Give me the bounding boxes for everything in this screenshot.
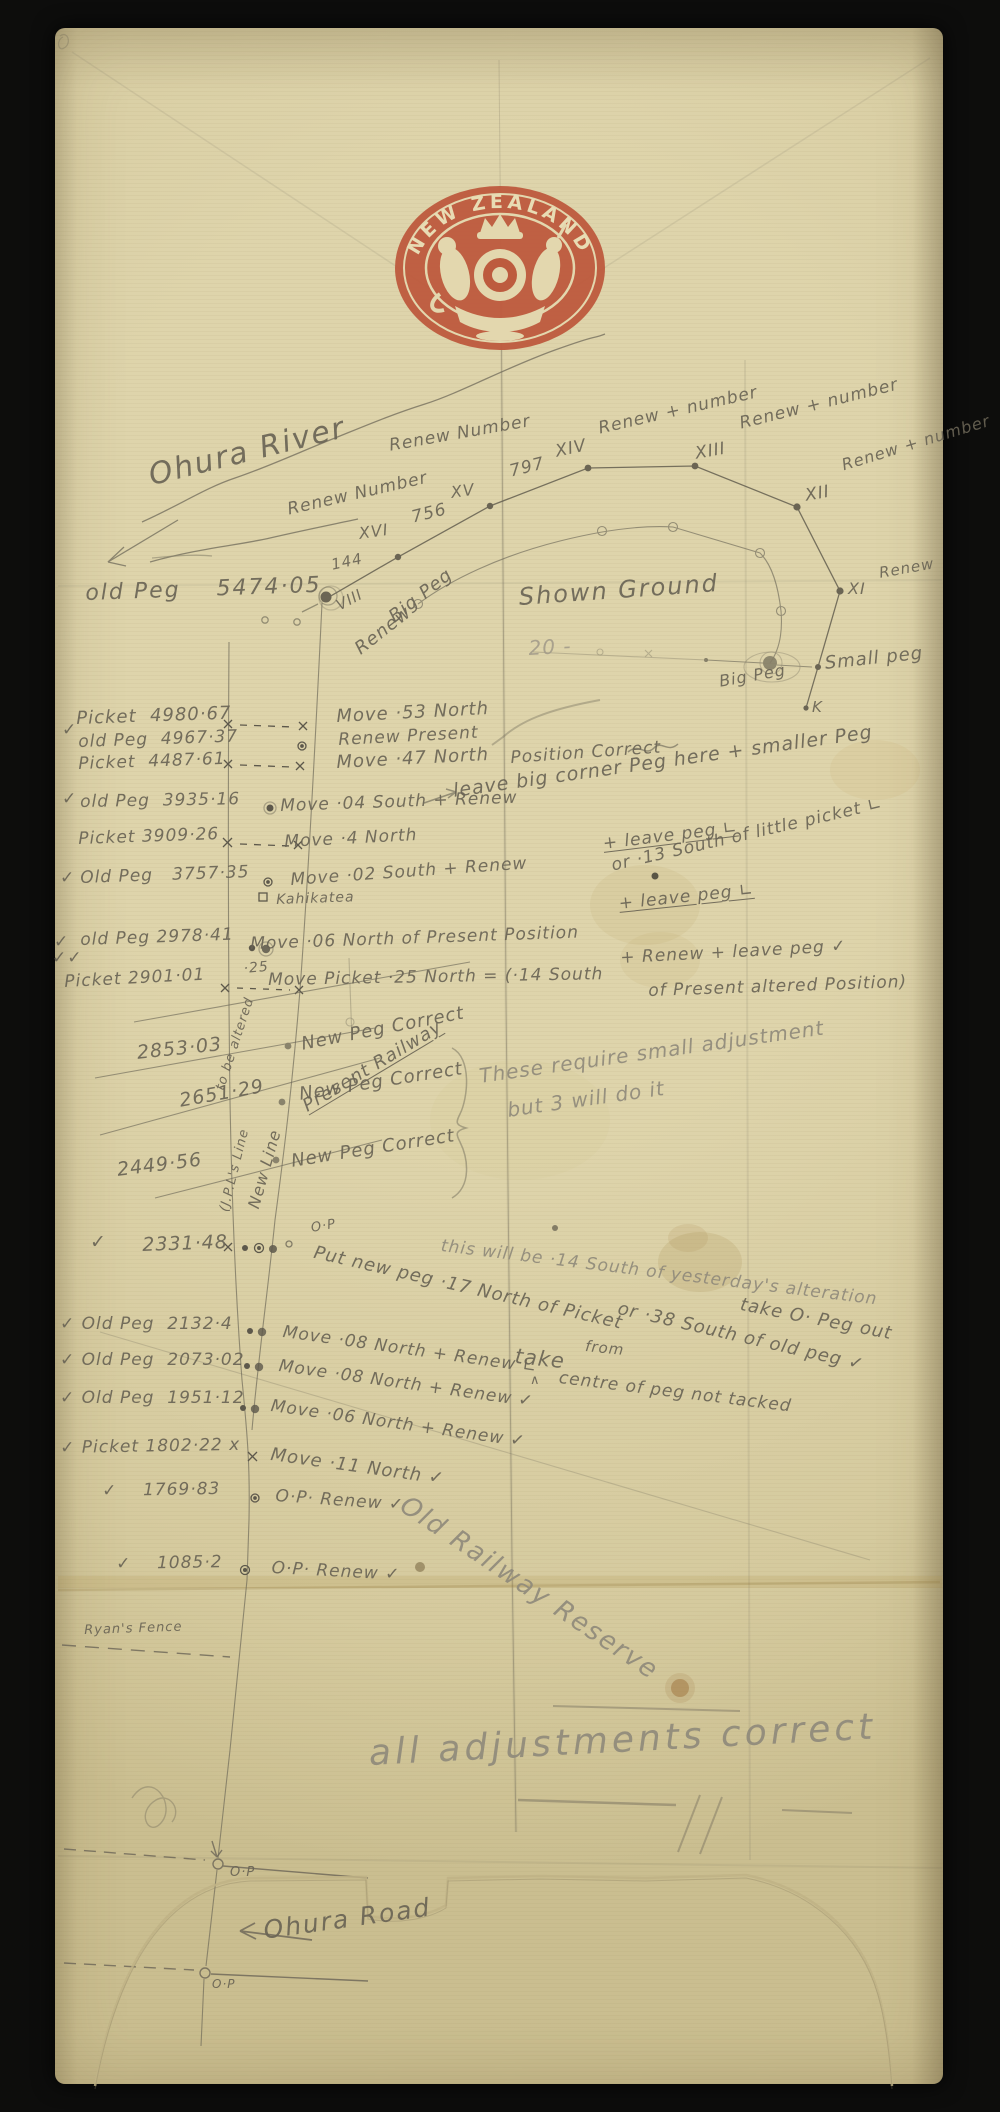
label-roman-xvi: XVI [358,522,390,542]
label-move-picket-25: Move Picket ·25 North = (·14 South [268,966,603,989]
label-oldpeg-2132: ✓ Old Peg 2132·4 [60,1316,233,1333]
label-take-caret: ∧ [530,1374,541,1387]
label-take-c: centre of peg not tacked [558,1370,792,1415]
label-move-02: Move ·02 South + Renew [290,855,528,889]
label-renew-num-xiv: Renew + number [597,384,759,437]
label-ohura-road: Ohura Road [262,1895,433,1943]
label-check-2: ✓ [62,791,77,808]
label-check-3: ✓ [60,870,75,887]
label-renew-rot: Renew [352,603,415,658]
label-shown-ground: Shown Ground [518,571,720,609]
label-num-1085: ✓ 1085·2 [116,1554,223,1573]
label-kahikatea: Kahikatea [276,890,355,907]
label-check-1: ✓ [62,722,77,739]
scanned-survey-document: NEW ZEALAND [0,0,1000,2112]
label-oldpeg-2978: old Peg 2978·41 [80,927,234,949]
label-ohura-river: Ohura River [146,413,349,491]
label-picket-4487: Picket 4487·61 [78,751,226,773]
handwritten-annotations: Ohura RiverRenew NumberRenew Number75614… [0,0,1000,2112]
label-renew-num-xiii: Renew + number [738,377,900,433]
label-num-20: 20 - [528,636,572,658]
label-check-6: ✓ [90,1233,107,1252]
label-renew-number-a: Renew Number [286,470,429,519]
label-move-04: Move ·04 South + Renew [280,790,518,815]
label-move-47: Move ·47 North [336,746,489,772]
label-k-mark: K [812,700,823,715]
label-move-53: Move ·53 North [336,700,489,726]
label-oldpeg-3757: Old Peg 3757·35 [80,864,250,887]
label-move-1951: Move ·06 North + Renew ✓ [270,1398,527,1451]
label-op-small: O·P [310,1218,337,1235]
label-these-require: These require small adjustment [478,1018,825,1086]
label-old-peg-5474: old Peg 5474·05 [85,575,322,605]
label-num-797: 797 [508,455,547,480]
label-but-3: but 3 will do it [506,1078,666,1120]
label-op-2: O·P [212,1978,236,1990]
label-roman-viii: VIII [334,587,365,613]
label-num-2449: 2449·56 [116,1151,203,1180]
label-picket-3909: Picket 3909·26 [78,826,220,848]
label-take-a: take [514,1346,566,1372]
label-roman-xiii: XIII [694,441,727,463]
label-roman-xii: XII [804,484,831,505]
label-num-2331: 2331·48 [142,1233,228,1255]
label-take-b: from [584,1339,625,1358]
label-roman-xv: XV [450,482,476,501]
label-oldpeg-4967: old Peg 4967·37 [78,728,238,751]
label-new-peg-3: New Peg Correct [290,1127,456,1171]
label-renew-number-b: Renew Number [388,413,532,455]
label-op-1: O·P [230,1866,255,1879]
label-check-5: ✓✓ [52,950,83,967]
label-renew-num-xii: Renew + number [840,413,992,473]
label-leave-peg-2: + leave peg ∟ [618,882,755,913]
label-oldpeg-2073: ✓ Old Peg 2073·02 [60,1352,245,1369]
label-op-renew-2: O·P· Renew ✓ [271,1560,401,1584]
label-roman-xi: XI [848,581,866,597]
label-move-06: Move ·06 North of Present Position [250,925,579,953]
label-num-756: 756 [410,501,449,526]
label-op-renew-1: O·P· Renew ✓ [275,1488,405,1514]
label-old-railway: Old Railway Reserve [395,1492,663,1684]
label-picket-4980: Picket 4980·67 [76,705,232,728]
label-new-line: New Line [246,1128,284,1211]
label-oldpeg-3935: old Peg 3935·16 [80,791,240,811]
label-num-2853: 2853·03 [136,1035,223,1063]
label-roman-xiv: XIV [554,437,588,460]
label-ryans-fence: Ryan's Fence [84,1621,183,1637]
label-renew-leave-3: + Renew + leave peg ✓ [620,938,847,967]
label-num-25: ·25 [243,960,269,976]
label-small-peg: Small peg [824,645,924,673]
label-all-adjustments: all adjustments correct [368,1709,877,1772]
label-move-4n: Move ·4 North [284,827,418,851]
label-altered-position: of Present altered Position) [648,974,907,1000]
label-picket-2901: Picket 2901·01 [64,967,206,991]
label-num-1769: ✓ 1769·83 [102,1481,220,1500]
label-num-2651: 2651·29 [178,1077,266,1111]
label-num-144: 144 [330,551,364,572]
label-big-peg: Big Peg [718,662,787,689]
label-picket-1802: ✓ Picket 1802·22 x [60,1437,240,1457]
label-oldpeg-1951: ✓ Old Peg 1951·12 [60,1390,245,1407]
label-renew-xi: Renew [878,556,935,580]
label-move-1802: Move ·11 North ✓ [269,1446,445,1488]
